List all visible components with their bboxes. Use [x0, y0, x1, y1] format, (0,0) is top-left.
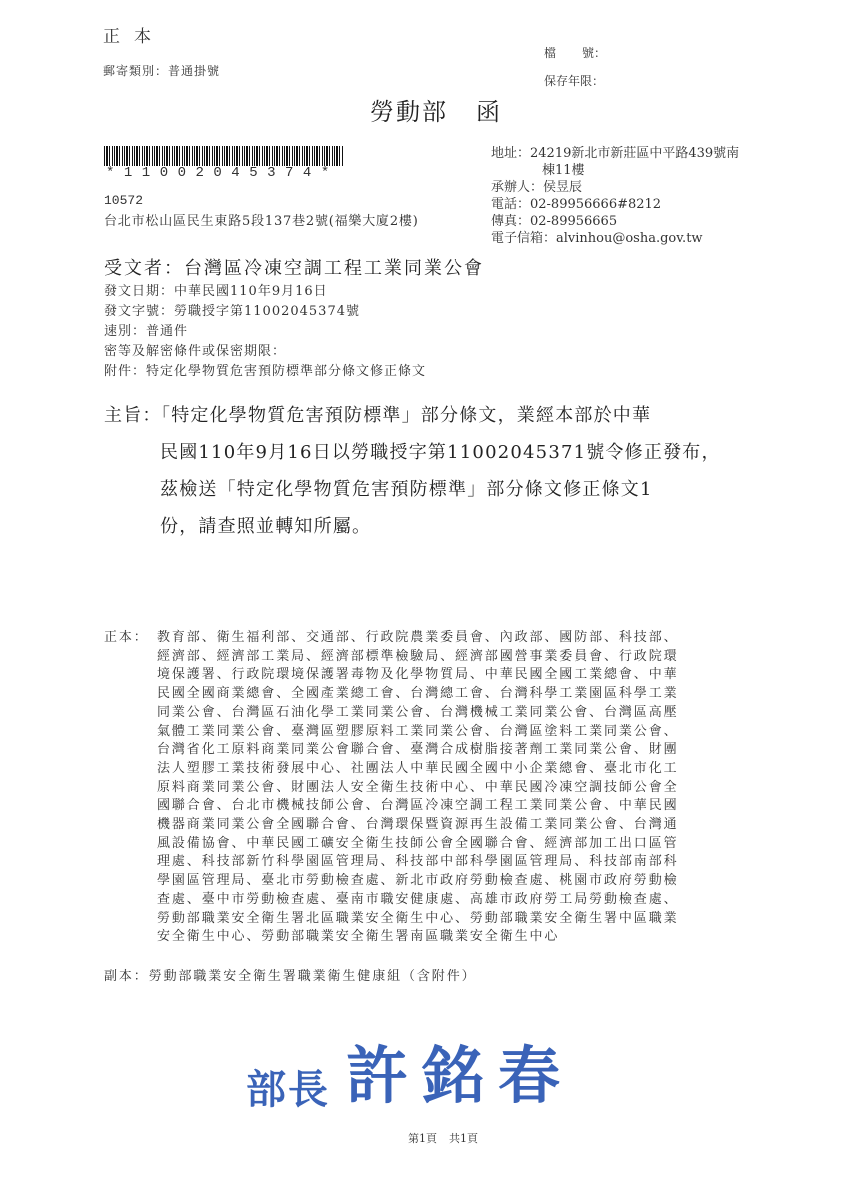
subject-line: 民國110年9月16日以勞職授字第11002045371號令修正發布， [160, 434, 800, 471]
distribution-line: 風設備協會、中華民國工礦安全衛生技師公會全國聯合會、經濟部加工出口區管 [157, 835, 679, 854]
confidentiality: 密等及解密條件或保密期限： [104, 342, 426, 362]
subject-line: 份，請查照並轉知所屬。 [160, 508, 800, 545]
subject-line: 「特定化學物質危害預防標準」部分條文，業經本部於中華 [152, 397, 800, 434]
recipient-mailing-address: 台北市松山區民生東路5段137巷2號(福樂大廈2樓) [104, 210, 419, 229]
recipient-zip-code: 10572 [104, 193, 143, 208]
mail-type-label: 郵寄類別：普通掛號 [103, 62, 220, 79]
distribution-line: 安全衛生中心、勞動部職業安全衛生署南區職業安全衛生中心 [157, 928, 679, 947]
distribution-line: 查處、臺中市勞動檢查處、臺南市職安健康處、高雄市政府勞工局勞動檢查處、 [157, 891, 679, 910]
handler: 承辦人：侯昱辰 [491, 179, 739, 196]
minister-signature-stamp: 部長許銘春 [246, 1026, 574, 1115]
distribution-line: 氣體工業同業公會、臺灣區塑膠原料工業同業公會、台灣區塗料工業同業公會、 [157, 723, 679, 742]
distribution-line: 民國全國商業總會、全國產業總工會、台灣總工會、台灣科學工業園區科學工業 [157, 685, 679, 704]
document-kind: 函 [476, 98, 502, 126]
office-address-line1: 地址：24219新北市新莊區中平路439號南 [491, 145, 739, 162]
distribution-line: 原料商業同業公會、財團法人安全衛生技術中心、中華民國冷凍空調技師公會全 [157, 779, 679, 798]
issue-date: 發文日期：中華民國110年9月16日 [104, 282, 426, 302]
file-number-label: 檔號： [544, 44, 606, 61]
agency-name: 勞動部 [370, 98, 448, 126]
distribution-line: 經濟部、經濟部工業局、經濟部標準檢驗局、經濟部國營事業委員會、行政院環 [157, 648, 679, 667]
subject-body: 「特定化學物質危害預防標準」部分條文，業經本部於中華 民國110年9月16日以勞… [160, 397, 800, 545]
attachment: 附件：特定化學物質危害預防標準部分條文修正條文 [104, 362, 426, 382]
distribution-line: 學園區管理局、臺北市勞動檢查處、新北市政府勞動檢查處、桃園市政府勞動檢 [157, 872, 679, 891]
file-number-label-b: 號： [582, 46, 606, 60]
office-address-line2: 棟11樓 [491, 162, 739, 179]
document-title: 勞動部函 [370, 92, 502, 127]
email: 電子信箱：alvinhou@osha.gov.tw [491, 230, 739, 247]
fax: 傳真：02-89956665 [491, 213, 739, 230]
barcode-text: *11002045374* [106, 165, 339, 181]
document-number: 發文字號：勞職授字第11002045374號 [104, 302, 426, 322]
distribution-label: 正本： [104, 629, 149, 648]
distribution-lines: 教育部、衛生福利部、交通部、行政院農業委員會、內政部、國防部、科技部、 經濟部、… [157, 629, 679, 947]
copy-type-label: 正本 [103, 22, 165, 47]
contact-block: 地址：24219新北市新莊區中平路439號南 棟11樓 承辦人：侯昱辰 電話：0… [491, 145, 739, 247]
distribution-line: 境保護署、行政院環境保護署毒物及化學物質局、中華民國全國工業總會、中華 [157, 666, 679, 685]
recipient-heading: 受文者：台灣區冷凍空調工程工業同業公會 [104, 254, 484, 280]
distribution-line: 國聯合會、台北市機械技師公會、台灣區冷凍空調工程工業同業公會、中華民國 [157, 797, 679, 816]
barcode-image [104, 146, 344, 166]
signature-name: 許銘春 [346, 1039, 574, 1112]
distribution-line: 同業公會、台灣區石油化學工業同業公會、台灣機械工業同業公會、台灣區高壓 [157, 704, 679, 723]
distribution-line: 機器商業同業公會全國聯合會、台灣環保暨資源再生設備工業同業公會、台灣通 [157, 816, 679, 835]
distribution-line: 教育部、衛生福利部、交通部、行政院農業委員會、內政部、國防部、科技部、 [157, 629, 679, 648]
delivery-speed: 速別：普通件 [104, 322, 426, 342]
retention-period-label: 保存年限： [544, 72, 604, 89]
signature-title: 部長 [246, 1066, 330, 1113]
distribution-line: 理處、科技部新竹科學園區管理局、科技部中部科學園區管理局、科技部南部科 [157, 853, 679, 872]
distribution-line: 法人塑膠工業技術發展中心、社團法人中華民國全國中小企業總會、臺北市化工 [157, 760, 679, 779]
file-number-label-a: 檔 [544, 46, 556, 60]
page-total: 共1頁 [449, 1132, 478, 1145]
carbon-copy: 副本：勞動部職業安全衛生署職業衛生健康組（含附件） [104, 965, 477, 984]
phone: 電話：02-89956666#8212 [491, 196, 739, 213]
distribution-line: 台灣省化工原料商業同業公會聯合會、臺灣合成樹脂接著劑工業同業公會、財團 [157, 741, 679, 760]
document-meta: 發文日期：中華民國110年9月16日 發文字號：勞職授字第11002045374… [104, 282, 426, 382]
page-number: 第1頁共1頁 [408, 1130, 478, 1146]
page-current: 第1頁 [408, 1132, 437, 1145]
subject-line: 茲檢送「特定化學物質危害預防標準」部分條文修正條文1 [160, 471, 800, 508]
distribution-line: 勞動部職業安全衛生署北區職業安全衛生中心、勞動部職業安全衛生署中區職業 [157, 910, 679, 929]
